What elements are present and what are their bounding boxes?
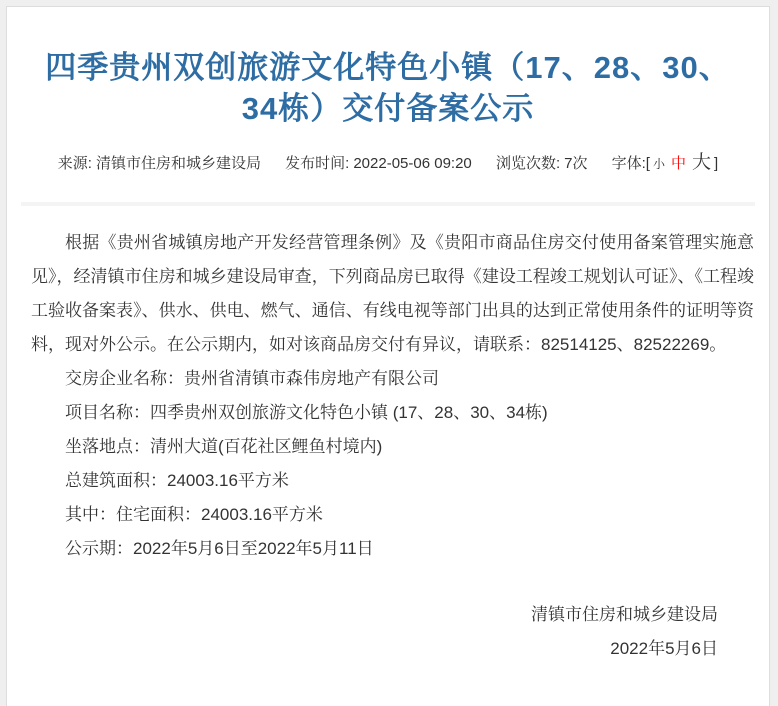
publish-time-info: 发布时间:2022-05-06 09:20 [285, 155, 472, 172]
detail-line: 坐落地点：清州大道(百花社区鲤鱼村境内) [31, 430, 754, 464]
font-size-small-button[interactable]: 小 [653, 157, 665, 171]
source-info: 来源:清镇市住房和城乡建设局 [58, 155, 261, 172]
signature-date: 2022年5月6日 [31, 632, 718, 666]
signature-block: 清镇市住房和城乡建设局 2022年5月6日 [31, 598, 718, 666]
font-size-medium-button[interactable]: 中 [671, 155, 686, 172]
view-count-info: 浏览次数:7次 [496, 155, 588, 172]
detail-line: 项目名称：四季贵州双创旅游文化特色小镇 (17、28、30、34栋) [31, 396, 754, 430]
detail-line: 公示期：2022年5月6日至2022年5月11日 [31, 532, 754, 566]
source-value: 清镇市住房和城乡建设局 [96, 155, 261, 172]
font-size-selector-label: 字体:[ [612, 155, 650, 172]
page-title: 四季贵州双创旅游文化特色小镇（17、28、30、34栋）交付备案公示 [33, 47, 743, 129]
publish-time-value: 2022-05-06 09:20 [353, 155, 471, 172]
meta-bar: 来源:清镇市住房和城乡建设局 发布时间:2022-05-06 09:20 浏览次… [7, 147, 769, 174]
detail-list: 交房企业名称：贵州省清镇市森伟房地产有限公司项目名称：四季贵州双创旅游文化特色小… [31, 362, 754, 566]
article-body: 根据《贵州省城镇房地产开发经营管理条例》及《贵阳市商品住房交付使用备案管理实施意… [31, 226, 754, 666]
view-count-value: 7次 [564, 155, 587, 172]
view-count-label: 浏览次数: [496, 155, 560, 172]
detail-line: 总建筑面积：24003.16平方米 [31, 464, 754, 498]
header-divider [21, 202, 755, 206]
signature-org: 清镇市住房和城乡建设局 [31, 598, 718, 632]
detail-line: 交房企业名称：贵州省清镇市森伟房地产有限公司 [31, 362, 754, 396]
font-size-selector-bracket-close: ] [714, 155, 718, 172]
publish-time-label: 发布时间: [285, 155, 349, 172]
font-size-selector: 字体:[小中大] [612, 155, 719, 172]
font-size-large-button[interactable]: 大 [692, 152, 711, 173]
notice-paragraph: 根据《贵州省城镇房地产开发经营管理条例》及《贵阳市商品住房交付使用备案管理实施意… [31, 226, 754, 362]
source-label: 来源: [58, 155, 92, 172]
detail-line: 其中：住宅面积：24003.16平方米 [31, 498, 754, 532]
notice-page: 四季贵州双创旅游文化特色小镇（17、28、30、34栋）交付备案公示 来源:清镇… [6, 6, 770, 682]
